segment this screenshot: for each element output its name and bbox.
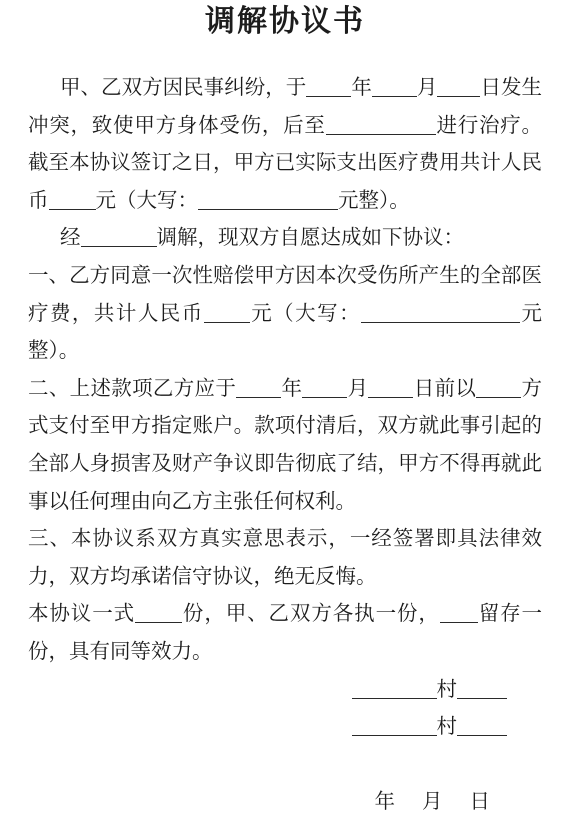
- text-run: 年: [375, 791, 396, 813]
- text-run: 调解，现双方自愿达成如下协议：: [157, 227, 465, 249]
- fill-in-blank: [372, 76, 417, 98]
- para-copies: 本协议一式份，甲、乙双方各执一份，留存一份，具有同等效力。: [28, 596, 542, 671]
- fill-in-blank: [437, 76, 480, 98]
- fill-in-blank: [306, 76, 351, 98]
- clause-2: 二、上述款项乙方应于年月日前以方式支付至甲方指定账户。款项付清后，双方就此事引起…: [28, 371, 542, 521]
- fill-in-blank: [368, 376, 413, 398]
- fill-in-blank: [81, 226, 157, 248]
- text-run: 份，甲、乙双方各执一份，: [182, 603, 440, 625]
- signature-line-2: 村: [28, 709, 542, 747]
- fill-in-blank: [440, 602, 478, 624]
- fill-in-blank: [204, 301, 250, 323]
- fill-in-blank: [352, 715, 437, 737]
- text-run: 日: [470, 791, 491, 813]
- text-run: 甲、乙双方因民事纠纷，于: [60, 77, 306, 99]
- text-run: 村: [437, 679, 458, 701]
- document-body: 甲、乙双方因民事纠纷，于年月日发生冲突，致使甲方身体受伤，后至进行治疗。截至本协…: [28, 70, 542, 815]
- fill-in-blank: [361, 301, 520, 323]
- mediation-agreement-page: 调解协议书 甲、乙双方因民事纠纷，于年月日发生冲突，致使甲方身体受伤，后至进行治…: [0, 0, 570, 815]
- date-line: 年月日: [28, 784, 542, 815]
- text-run: 月: [417, 77, 438, 99]
- fill-in-blank: [135, 602, 182, 624]
- para-mediator: 经调解，现双方自愿达成如下协议：: [28, 220, 542, 258]
- text-run: 二、上述款项乙方应于: [28, 378, 236, 400]
- text-run: 元（大写：: [250, 303, 361, 325]
- text-run: 年: [351, 77, 372, 99]
- spacer-line: [28, 747, 542, 785]
- fill-in-blank: [476, 376, 521, 398]
- clause-3: 三、本协议系双方真实意思表示，一经签署即具法律效力，双方均承诺信守协议，绝无反悔…: [28, 521, 542, 596]
- text-run: 本协议一式: [28, 603, 135, 625]
- text-run: 元（大写：: [96, 190, 199, 212]
- text-run: 日前以: [413, 378, 476, 400]
- para-intro: 甲、乙双方因民事纠纷，于年月日发生冲突，致使甲方身体受伤，后至进行治疗。截至本协…: [28, 70, 542, 220]
- fill-in-blank: [457, 677, 507, 699]
- fill-in-blank: [457, 715, 507, 737]
- text-run: 村: [437, 716, 458, 738]
- text-run: 月: [422, 791, 443, 813]
- fill-in-blank: [236, 376, 281, 398]
- text-run: 经: [60, 227, 81, 249]
- text-run: 元整）。: [338, 190, 410, 212]
- text-run: 三、本协议系双方真实意思表示，一经签署即具法律效力，双方均承诺信守协议，绝无反悔…: [28, 528, 542, 588]
- text-run: 月: [347, 378, 368, 400]
- signature-line-1: 村: [28, 672, 542, 710]
- document-title: 调解协议书: [28, 6, 542, 38]
- fill-in-blank: [198, 188, 338, 210]
- fill-in-blank: [326, 113, 436, 135]
- fill-in-blank: [352, 677, 437, 699]
- fill-in-blank: [302, 376, 347, 398]
- clause-1: 一、乙方同意一次性赔偿甲方因本次受伤所产生的全部医疗费，共计人民币元（大写：元整…: [28, 258, 542, 371]
- fill-in-blank: [49, 188, 96, 210]
- text-run: 年: [281, 378, 302, 400]
